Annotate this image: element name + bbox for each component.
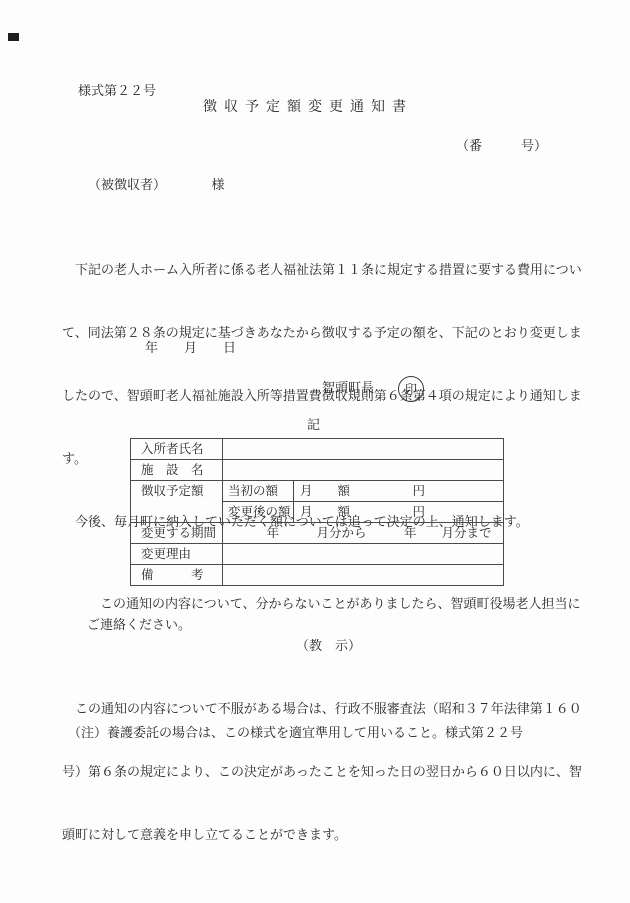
addressee-line: （被徴収者） 様 xyxy=(88,174,225,195)
details-table: 入所者氏名 施 設 名 徴収予定額 当初の額 月 額 円 変更後の額 月 額 円… xyxy=(130,438,504,586)
change-reason-value xyxy=(223,544,504,565)
table-row: 徴収予定額 当初の額 月 額 円 xyxy=(131,481,504,502)
initial-amount-value: 月 額 円 xyxy=(294,481,504,502)
section-marker: 記 xyxy=(307,414,320,435)
appeal-line: この通知の内容について不服がある場合は、行政不服審査法（昭和３７年法律第１６０ xyxy=(62,698,582,719)
resident-name-label: 入所者氏名 xyxy=(131,439,223,460)
initial-amount-label: 当初の額 xyxy=(223,481,294,502)
body-line: て、同法第２８条の規定に基づきあなたから徴収する予定の額を、下記のとおり変更しま xyxy=(62,322,582,343)
revised-amount-value: 月 額 円 xyxy=(294,502,504,523)
date-line: 年 月 日 xyxy=(145,337,236,358)
table-row: 備 考 xyxy=(131,565,504,586)
resident-name-value xyxy=(223,439,504,460)
body-line: 下記の老人ホーム入所者に係る老人福祉法第１１条に規定する措置に要する費用につい xyxy=(62,259,582,280)
remarks-label: 備 考 xyxy=(131,565,223,586)
table-row: 施 設 名 xyxy=(131,460,504,481)
change-reason-label: 変更理由 xyxy=(131,544,223,565)
mayor-signature-label: 智頭町長 xyxy=(322,377,374,398)
appeal-paragraph: この通知の内容について不服がある場合は、行政不服審査法（昭和３７年法律第１６０ … xyxy=(62,656,582,887)
document-number-line: （番 号） xyxy=(456,135,547,156)
note-line: （注）養護委託の場合は、この様式を適宜準用して用いること。様式第２２号 xyxy=(68,722,523,743)
facility-name-label: 施 設 名 xyxy=(131,460,223,481)
change-period-label: 変更する期間 xyxy=(131,523,223,544)
table-row: 変更する期間 年 月分から 年 月分まで xyxy=(131,523,504,544)
planned-amount-label: 徴収予定額 xyxy=(131,481,223,523)
table-row: 入所者氏名 xyxy=(131,439,504,460)
appeal-line: 頭町に対して意義を申し立てることができます。 xyxy=(62,824,582,845)
form-number-label: 様式第２２号 xyxy=(78,80,156,101)
table-row: 変更理由 xyxy=(131,544,504,565)
facility-name-value xyxy=(223,460,504,481)
contact-info-line2: ご連絡ください。 xyxy=(87,614,191,635)
contact-info-line1: この通知の内容について、分からないことがありましたら、智頭町役場老人担当に xyxy=(100,593,580,614)
document-page: 様式第２２号 徴収予定額変更通知書 （番 号） （被徴収者） 様 下記の老人ホー… xyxy=(0,0,630,903)
change-period-value: 年 月分から 年 月分まで xyxy=(223,523,504,544)
document-title: 徴収予定額変更通知書 xyxy=(203,97,413,118)
remarks-value xyxy=(223,565,504,586)
instruction-heading: （教 示） xyxy=(296,635,361,656)
scan-artifact-mark xyxy=(8,33,19,41)
details-table-wrap: 入所者氏名 施 設 名 徴収予定額 当初の額 月 額 円 変更後の額 月 額 円… xyxy=(130,438,504,586)
seal-stamp-icon: 印 xyxy=(398,376,424,402)
revised-amount-label: 変更後の額 xyxy=(223,502,294,523)
appeal-line: 号）第６条の規定により、この決定があったことを知った日の翌日から６０日以内に、智 xyxy=(62,761,582,782)
